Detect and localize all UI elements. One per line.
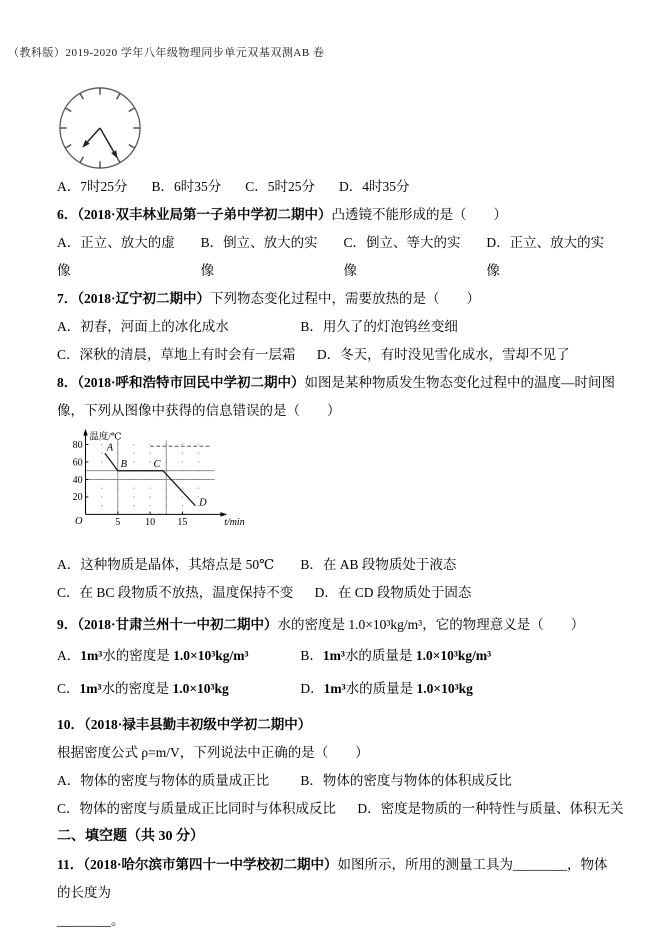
page-header: （教科版）2019-2020 学年八年级物理同步单元双基双测AB 卷 xyxy=(8,44,324,60)
question-blank-line: ________。 xyxy=(57,907,617,935)
question-7-options-row2: C．深秋的清晨，草地上有时会有一层霜 D．冬天，有时没见雪化成水，雪却不见了 xyxy=(57,341,617,369)
svg-text:C: C xyxy=(154,459,162,470)
svg-text:5: 5 xyxy=(115,517,120,528)
section-2-heading: 二、填空题（共 30 分） xyxy=(57,823,617,851)
question-7: 7．（2018·辽宁初二期中）下列物态变化过程中，需要放热的是（ ） A．初春，… xyxy=(57,285,617,369)
question-source: 7．（2018·辽宁初二期中） xyxy=(57,291,210,306)
question-11: 11．（2018·哈尔滨市第四十一中学校初二期中）如图所示，所用的测量工具为__… xyxy=(57,851,617,935)
option-c: C．深秋的清晨，草地上有时会有一层霜 xyxy=(57,341,314,369)
question-8-options-row1: A．这种物质是晶体，其熔点是 50℃ B．在 AB 段物质处于液态 xyxy=(57,551,617,579)
option-d: D．在 CD 段物质处于固态 xyxy=(315,579,472,607)
option-c: C．在 BC 段物质不放热，温度保持不变 xyxy=(57,579,311,607)
svg-text:60: 60 xyxy=(73,457,83,468)
option-text: 水的密度是 xyxy=(102,681,173,696)
question-8: 8．（2018·呼和浩特市回民中学初二期中）如图是某种物质发生物态变化过程中的温… xyxy=(57,369,617,607)
option-b: B．倒立、放大的实像 xyxy=(201,229,331,285)
question-stem: 10．（2018·禄丰县勤丰初级中学初二期中）根据密度公式 ρ=m/V，下列说法… xyxy=(57,711,617,767)
option-prefix: C． xyxy=(57,681,80,696)
option-prefix: A． xyxy=(57,648,80,663)
svg-text:15: 15 xyxy=(177,517,187,528)
question-8-options-row2: C．在 BC 段物质不放热，温度保持不变 D．在 CD 段物质处于固态 xyxy=(57,579,617,607)
svg-text:40: 40 xyxy=(73,475,83,486)
question-5: A．7时25分 B．6时35分 C．5时25分 D．4时35分 xyxy=(57,85,617,201)
question-9-options-row1: A．1m³水的密度是 1.0×10³kg/m³ B．1m³水的质量是 1.0×1… xyxy=(57,639,617,672)
question-text: 根据密度公式 ρ=m/V，下列说法中正确的是（ ） xyxy=(57,745,369,760)
option-value: 1.0×10³kg/m³ xyxy=(173,648,248,663)
svg-text:O: O xyxy=(75,516,83,527)
option-c: C．倒立、等大的实像 xyxy=(344,229,474,285)
question-9-options-row2: C．1m³水的密度是 1.0×10³kg D．1m³水的质量是 1.0×10³k… xyxy=(57,672,617,705)
option-b: B．在 AB 段物质处于液态 xyxy=(300,551,456,579)
question-stem: 8．（2018·呼和浩特市回民中学初二期中）如图是某种物质发生物态变化过程中的温… xyxy=(57,369,617,425)
question-source: 10．（2018·禄丰县勤丰初级中学初二期中） xyxy=(57,717,311,732)
option-b: B．6时35分 xyxy=(152,173,222,201)
clock-image xyxy=(57,85,143,171)
question-stem: 6．（2018·双丰林业局第一子弟中学初二期中）凸透镜不能形成的是（ ） xyxy=(57,201,617,229)
option-text: 水的质量是 xyxy=(345,648,416,663)
option-a: A．正立、放大的虚像 xyxy=(57,229,188,285)
option-value: 1m³ xyxy=(323,648,345,663)
svg-text:D: D xyxy=(198,498,207,509)
option-value: 1.0×10³kg/m³ xyxy=(416,648,491,663)
question-text: 水的密度是 1.0×10³kg/m³，它的物理意义是（ ） xyxy=(278,617,585,632)
svg-text:t/min: t/min xyxy=(224,517,245,528)
option-d: D．1m³水的质量是 1.0×10³kg xyxy=(300,672,473,705)
option-c: C．1m³水的密度是 1.0×10³kg xyxy=(57,672,297,705)
question-stem: 11．（2018·哈尔滨市第四十一中学校初二期中）如图所示，所用的测量工具为__… xyxy=(57,851,617,907)
question-source: 11．（2018·哈尔滨市第四十一中学校初二期中） xyxy=(57,857,338,872)
option-text: 水的密度是 xyxy=(102,648,173,663)
option-b: B．1m³水的质量是 1.0×10³kg/m³ xyxy=(300,639,491,672)
option-a: A．物体的密度与物体的质量成正比 xyxy=(57,767,297,795)
svg-text:A: A xyxy=(106,442,114,453)
option-a: A．7时25分 xyxy=(57,173,128,201)
question-6-options: A．正立、放大的虚像 B．倒立、放大的实像 C．倒立、等大的实像 D．正立、放大… xyxy=(57,229,617,285)
option-value: 1m³ xyxy=(324,681,346,696)
question-5-options: A．7时25分 B．6时35分 C．5时25分 D．4时35分 xyxy=(57,173,617,201)
temperature-time-chart-image: 5101520406080温度/℃t/minOABCD xyxy=(57,427,247,530)
option-b: B．用久了的灯泡钨丝变细 xyxy=(300,313,458,341)
option-a: A．1m³水的密度是 1.0×10³kg/m³ xyxy=(57,639,297,672)
option-prefix: B． xyxy=(300,648,323,663)
question-text: 下列物态变化过程中，需要放热的是（ ） xyxy=(210,291,480,306)
question-stem: 7．（2018·辽宁初二期中）下列物态变化过程中，需要放热的是（ ） xyxy=(57,285,617,313)
clock-figure xyxy=(57,85,617,171)
option-value: 1.0×10³kg xyxy=(172,681,228,696)
option-value: 1m³ xyxy=(80,648,102,663)
question-stem: 9．（2018·甘肃兰州十一中初二期中）水的密度是 1.0×10³kg/m³，它… xyxy=(57,611,617,639)
question-7-options-row1: A．初春，河面上的冰化成水 B．用久了的灯泡钨丝变细 xyxy=(57,313,617,341)
question-source: 8．（2018·呼和浩特市回民中学初二期中） xyxy=(57,375,305,390)
option-d: D．冬天，有时没见雪化成水，雪却不见了 xyxy=(317,341,570,369)
option-d: D．4时35分 xyxy=(339,173,410,201)
option-text: 水的质量是 xyxy=(346,681,417,696)
svg-text:20: 20 xyxy=(73,492,83,503)
question-source: 9．（2018·甘肃兰州十一中初二期中） xyxy=(57,617,278,632)
temperature-time-chart: 5101520406080温度/℃t/minOABCD xyxy=(57,427,617,531)
question-source: 6．（2018·双丰林业局第一子弟中学初二期中） xyxy=(57,207,332,222)
option-b: B．物体的密度与物体的体积成反比 xyxy=(300,767,512,795)
option-d: D．密度是物质的一种特性与质量、体积无关 xyxy=(357,795,623,823)
svg-text:80: 80 xyxy=(73,440,83,451)
question-10: 10．（2018·禄丰县勤丰初级中学初二期中）根据密度公式 ρ=m/V，下列说法… xyxy=(57,711,617,823)
option-value: 1m³ xyxy=(80,681,102,696)
option-c: C．5时25分 xyxy=(245,173,315,201)
option-c: C．物体的密度与质量成正比同时与体积成反比 xyxy=(57,795,354,823)
option-prefix: D． xyxy=(300,681,323,696)
option-d: D．正立、放大的实像 xyxy=(486,229,617,285)
question-10-options-row2: C．物体的密度与质量成正比同时与体积成反比 D．密度是物质的一种特性与质量、体积… xyxy=(57,795,617,823)
question-9: 9．（2018·甘肃兰州十一中初二期中）水的密度是 1.0×10³kg/m³，它… xyxy=(57,611,617,705)
question-6: 6．（2018·双丰林业局第一子弟中学初二期中）凸透镜不能形成的是（ ） A．正… xyxy=(57,201,617,285)
question-10-options-row1: A．物体的密度与物体的质量成正比 B．物体的密度与物体的体积成反比 xyxy=(57,767,617,795)
option-a: A．初春，河面上的冰化成水 xyxy=(57,313,297,341)
svg-text:B: B xyxy=(121,459,128,470)
question-text: 凸透镜不能形成的是（ ） xyxy=(332,207,508,222)
exam-page: （教科版）2019-2020 学年八年级物理同步单元双基双测AB 卷 A．7时2… xyxy=(0,0,661,935)
option-value: 1.0×10³kg xyxy=(417,681,473,696)
option-a: A．这种物质是晶体，其熔点是 50℃ xyxy=(57,551,297,579)
svg-text:10: 10 xyxy=(145,517,155,528)
svg-text:温度/℃: 温度/℃ xyxy=(89,430,122,442)
